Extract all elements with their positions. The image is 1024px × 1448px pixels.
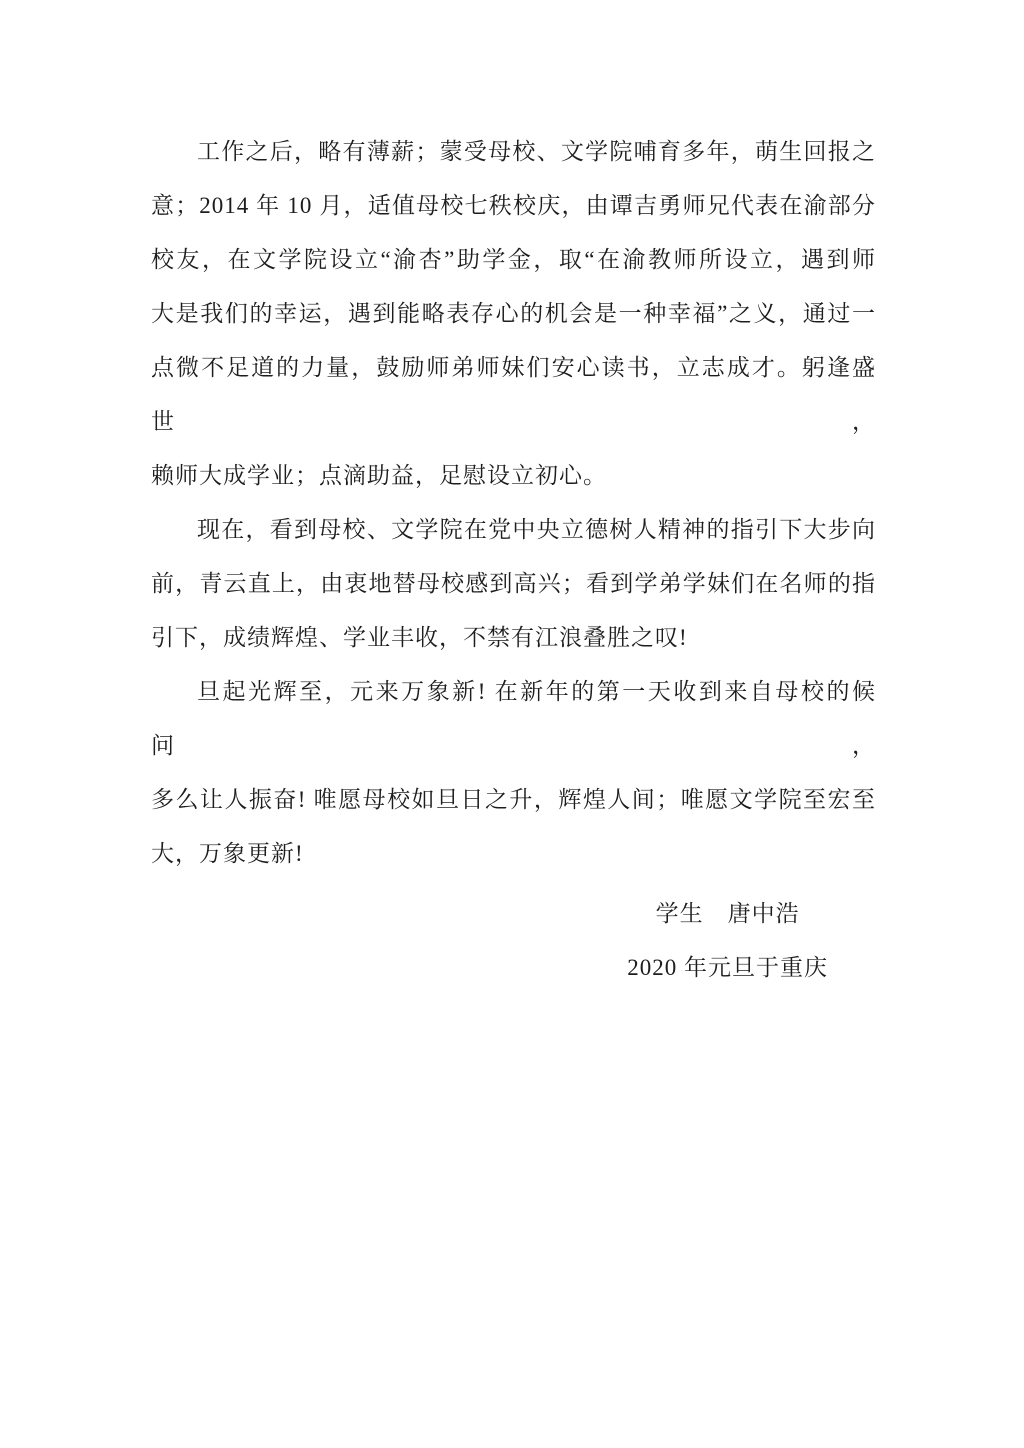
text-line: 多么让人振奋! 唯愿母校如旦日之升，辉煌人间；唯愿文学院至宏至 [151, 773, 876, 827]
text-line: 大，万象更新! [151, 827, 876, 881]
paragraph: 工作之后，略有薄薪；蒙受母校、文学院哺育多年，萌生回报之意；2014 年 10 … [151, 125, 876, 503]
paragraph: 现在，看到母校、文学院在党中央立德树人精神的指引下大步向前，青云直上，由衷地替母… [151, 503, 876, 665]
text-line: 前，青云直上，由衷地替母校感到高兴；看到学弟学妹们在名师的指 [151, 557, 876, 611]
signature-date: 2020 年元旦于重庆 [627, 941, 828, 995]
text-line: 大是我们的幸运，遇到能略表存心的机会是一种幸福”之义，通过一 [151, 287, 876, 341]
signature-name: 学生 唐中浩 [627, 887, 828, 941]
text-line: 现在，看到母校、文学院在党中央立德树人精神的指引下大步向 [151, 503, 876, 557]
paragraph: 旦起光辉至，元来万象新! 在新年的第一天收到来自母校的候问，多么让人振奋! 唯愿… [151, 665, 876, 881]
text-line: 工作之后，略有薄薪；蒙受母校、文学院哺育多年，萌生回报之 [151, 125, 876, 179]
text-line: 旦起光辉至，元来万象新! 在新年的第一天收到来自母校的候问， [151, 665, 876, 773]
letter-body: 工作之后，略有薄薪；蒙受母校、文学院哺育多年，萌生回报之意；2014 年 10 … [151, 125, 876, 995]
letter-page: 工作之后，略有薄薪；蒙受母校、文学院哺育多年，萌生回报之意；2014 年 10 … [0, 0, 1024, 1448]
text-line: 引下，成绩辉煌、学业丰收，不禁有江浪叠胜之叹! [151, 611, 876, 665]
text-line: 赖师大成学业；点滴助益，足慰设立初心。 [151, 449, 876, 503]
text-line: 点微不足道的力量，鼓励师弟师妹们安心读书，立志成才。躬逢盛世， [151, 341, 876, 449]
signature-inner: 学生 唐中浩 2020 年元旦于重庆 [627, 887, 828, 995]
text-line: 意；2014 年 10 月，适值母校七秩校庆，由谭吉勇师兄代表在渝部分 [151, 179, 876, 233]
text-line: 校友，在文学院设立“渝杏”助学金，取“在渝教师所设立，遇到师 [151, 233, 876, 287]
signature-block: 学生 唐中浩 2020 年元旦于重庆 [151, 887, 876, 995]
paragraphs: 工作之后，略有薄薪；蒙受母校、文学院哺育多年，萌生回报之意；2014 年 10 … [151, 125, 876, 881]
